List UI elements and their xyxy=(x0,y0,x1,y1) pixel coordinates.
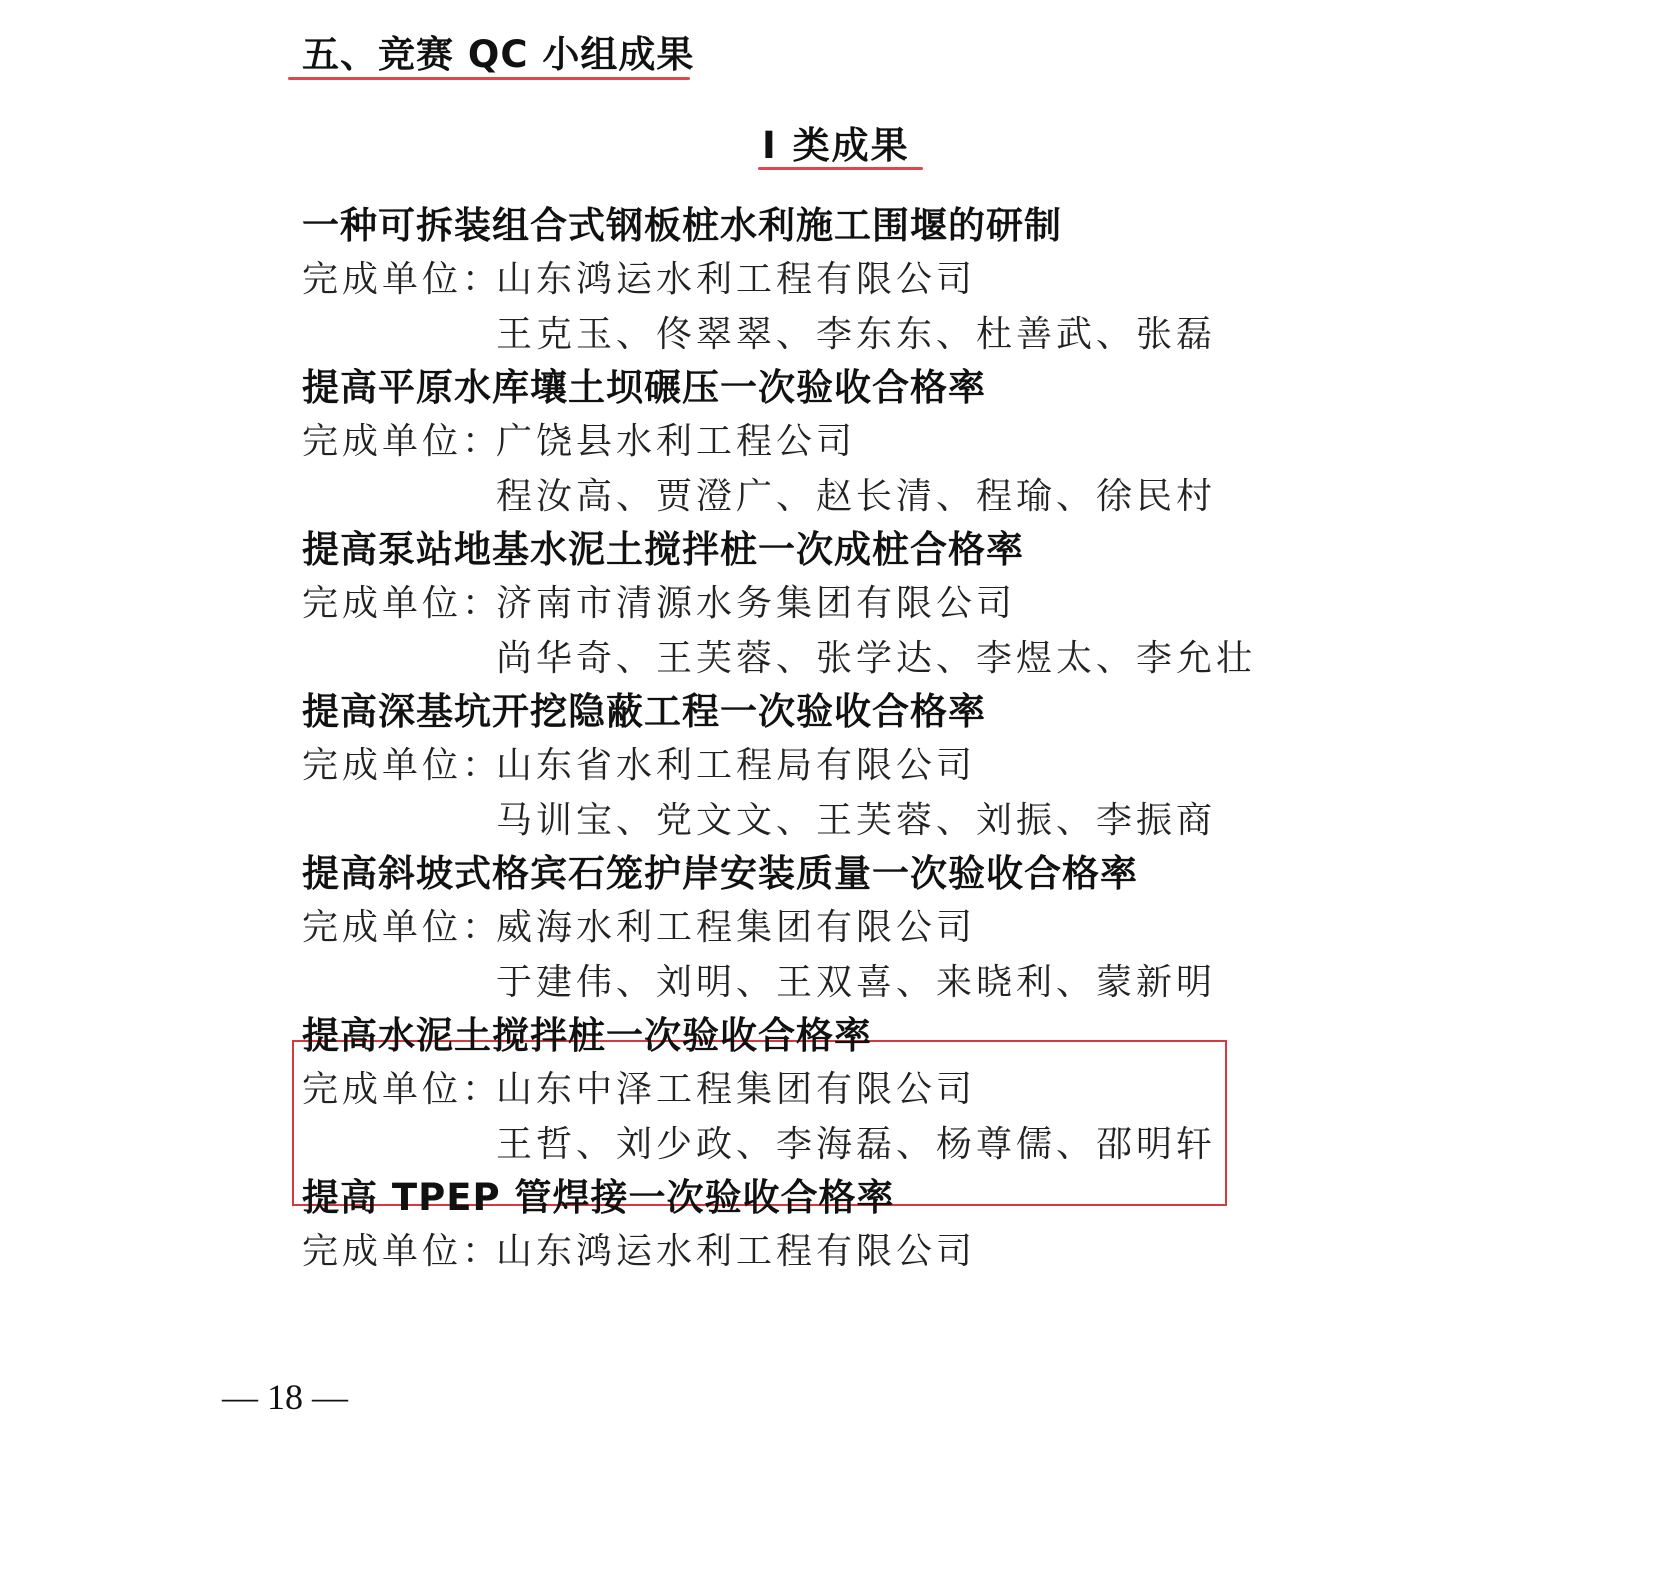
unit-name: 山东鸿运水利工程有限公司 xyxy=(496,251,976,302)
section-heading: 五、竞赛 QC 小组成果 xyxy=(302,24,694,78)
page-number: — 18 — xyxy=(222,1376,348,1418)
unit-name: 山东省水利工程局有限公司 xyxy=(496,737,976,788)
unit-name: 广饶县水利工程公司 xyxy=(496,413,856,464)
unit-label: 完成单位： xyxy=(302,575,502,626)
member-list: 王克玉、佟翠翠、李东东、杜善武、张磊 xyxy=(496,306,1216,357)
member-list: 于建伟、刘明、王双喜、来晓利、蒙新明 xyxy=(496,954,1216,1005)
unit-name: 济南市清源水务集团有限公司 xyxy=(496,575,1016,626)
document-page: 五、竞赛 QC 小组成果 I 类成果 一种可拆装组合式钢板桩水利施工围堰的研制 … xyxy=(0,0,1654,1573)
entry-title: 提高斜坡式格宾石笼护岸安装质量一次验收合格率 xyxy=(302,843,1138,897)
unit-label: 完成单位： xyxy=(302,251,502,302)
unit-label: 完成单位： xyxy=(302,1223,502,1274)
member-list: 尚华奇、王芙蓉、张学达、李煜太、李允壮 xyxy=(496,630,1256,681)
category-heading-underline xyxy=(758,167,923,170)
unit-name: 山东中泽工程集团有限公司 xyxy=(496,1061,976,1112)
entry-title: 提高泵站地基水泥土搅拌桩一次成桩合格率 xyxy=(302,519,1024,573)
unit-label: 完成单位： xyxy=(302,737,502,788)
unit-label: 完成单位： xyxy=(302,899,502,950)
member-list: 马训宝、党文文、王芙蓉、刘振、李振商 xyxy=(496,792,1216,843)
entry-title: 提高 TPEP 管焊接一次验收合格率 xyxy=(302,1167,895,1221)
member-list: 程汝高、贾澄广、赵长清、程瑜、徐民村 xyxy=(496,468,1216,519)
entry-title: 提高平原水库壤土坝碾压一次验收合格率 xyxy=(302,357,986,411)
entry-title: 提高水泥土搅拌桩一次验收合格率 xyxy=(302,1005,872,1059)
unit-label: 完成单位： xyxy=(302,1061,502,1112)
entry-title: 提高深基坑开挖隐蔽工程一次验收合格率 xyxy=(302,681,986,735)
unit-name: 山东鸿运水利工程有限公司 xyxy=(496,1223,976,1274)
unit-label: 完成单位： xyxy=(302,413,502,464)
entry-title: 一种可拆装组合式钢板桩水利施工围堰的研制 xyxy=(302,195,1062,249)
category-heading: I 类成果 xyxy=(762,115,910,169)
section-heading-underline xyxy=(288,77,690,80)
unit-name: 威海水利工程集团有限公司 xyxy=(496,899,976,950)
member-list: 王哲、刘少政、李海磊、杨尊儒、邵明轩 xyxy=(496,1116,1216,1167)
